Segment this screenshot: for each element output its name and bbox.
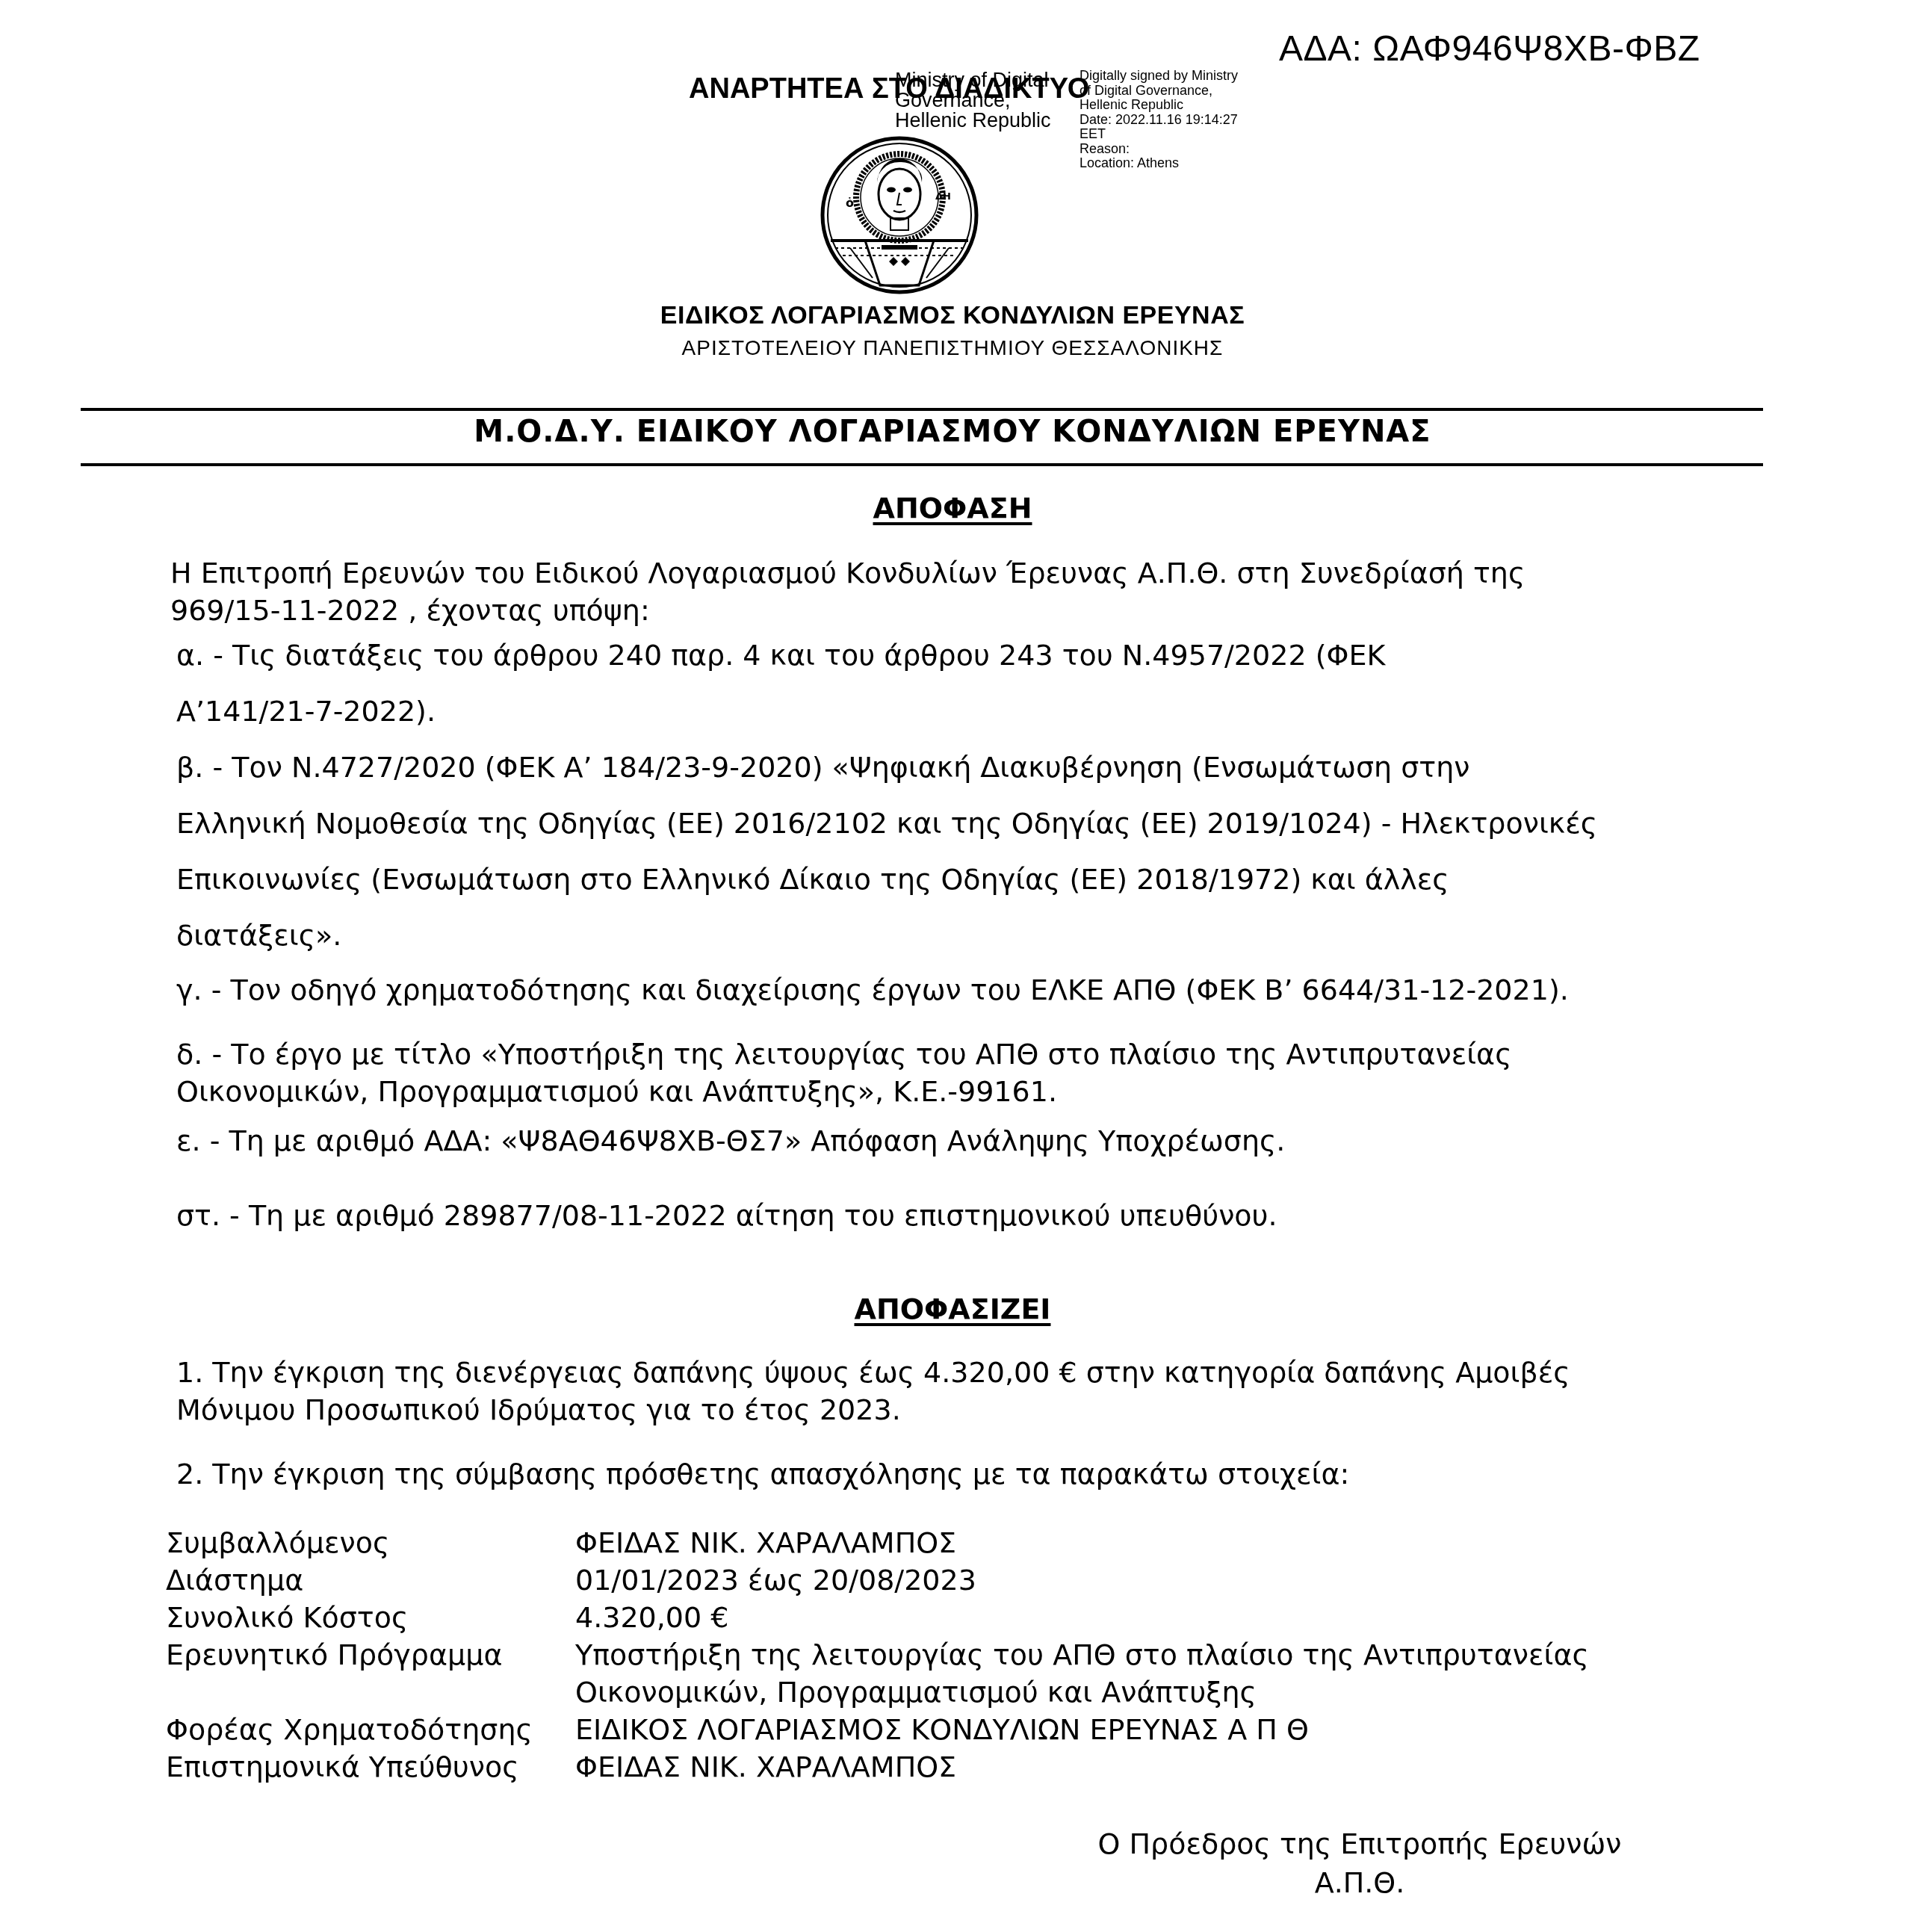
detail-row: Συνολικό Κόστος 4.320,00 € (166, 1599, 1845, 1636)
consideration-b: β. - Τον Ν.4727/2020 (ΦΕΚ Α’ 184/23-9-20… (176, 740, 1782, 964)
detail-value-line: Οικονομικών, Προγραμματισμού και Ανάπτυξ… (575, 1674, 1845, 1711)
divider-top (81, 408, 1763, 411)
detail-value: 4.320,00 € (575, 1599, 1845, 1636)
resolution-item-1: 1. Την έγκριση της διενέργειας δαπάνης ύ… (176, 1354, 1790, 1428)
divider-bottom (81, 463, 1763, 466)
detail-value: ΦΕΙΔΑΣ ΝΙΚ. ΧΑΡΑΛΑΜΠΟΣ (575, 1748, 1845, 1786)
consideration-e: ε. - Τη με αριθμό ΑΔΑ: «Ψ8ΑΘ46Ψ8ΧΒ-ΘΣ7» … (176, 1122, 1782, 1159)
consideration-line: Οικονομικών, Προγραμματισμού και Ανάπτυξ… (176, 1073, 1782, 1110)
detail-row: Επιστημονικά Υπεύθυνος ΦΕΙΔΑΣ ΝΙΚ. ΧΑΡΑΛ… (166, 1748, 1845, 1786)
consideration-line: στ. - Τη με αριθμό 289877/08-11-2022 αίτ… (176, 1197, 1782, 1234)
detail-row: Φορέας Χρηματοδότησης ΕΙΔΙΚΟΣ ΛΟΓΑΡΙΑΣΜΟ… (166, 1711, 1845, 1748)
svg-text:ΔΗ: ΔΗ (935, 191, 951, 202)
consideration-line: γ. - Τον οδηγό χρηματοδότησης και διαχεί… (176, 971, 1782, 1009)
detail-row: Ερευνητικό Πρόγραμμα Υποστήριξη της λειτ… (166, 1636, 1845, 1711)
detail-label: Συνολικό Κόστος (166, 1599, 575, 1636)
decision-intro: Η Επιτροπή Ερευνών του Ειδικού Λογαριασμ… (170, 554, 1784, 629)
digital-signature-signer: Ministry of Digital Governance, Hellenic… (895, 70, 1074, 131)
signature-block: Ο Πρόεδρος της Επιτροπής Ερευνών Α.Π.Θ. (1076, 1824, 1644, 1902)
consideration-f: στ. - Τη με αριθμό 289877/08-11-2022 αίτ… (176, 1197, 1782, 1234)
resolution-line: Μόνιμου Προσωπικού Ιδρύματος για το έτος… (176, 1391, 1790, 1428)
signature-detail-line: Digitally signed by Ministry (1079, 69, 1274, 84)
signature-detail-line: Reason: (1079, 142, 1274, 157)
signature-detail-line: EET (1079, 127, 1274, 142)
detail-row: Συμβαλλόμενος ΦΕΙΔΑΣ ΝΙΚ. ΧΑΡΑΛΑΜΠΟΣ (166, 1524, 1845, 1561)
signature-detail-line: of Digital Governance, (1079, 84, 1274, 99)
detail-value: ΦΕΙΔΑΣ ΝΙΚ. ΧΑΡΑΛΑΜΠΟΣ (575, 1524, 1845, 1561)
signature-detail-line: Location: Athens (1079, 156, 1274, 171)
consideration-line: ε. - Τη με αριθμό ΑΔΑ: «Ψ8ΑΘ46Ψ8ΧΒ-ΘΣ7» … (176, 1122, 1782, 1159)
svg-text:ὁ: ὁ (846, 196, 854, 210)
intro-line: Η Επιτροπή Ερευνών του Ειδικού Λογαριασμ… (170, 554, 1784, 592)
consideration-line: Επικοινωνίες (Ενσωμάτωση στο Ελληνικό Δί… (176, 852, 1782, 908)
consideration-line: Α’141/21-7-2022). (176, 684, 1782, 740)
consideration-d: δ. - Το έργο με τίτλο «Υποστήριξη της λε… (176, 1035, 1782, 1110)
consideration-a: α. - Τις διατάξεις του άρθρου 240 παρ. 4… (176, 628, 1782, 740)
detail-value: ΕΙΔΙΚΟΣ ΛΟΓΑΡΙΑΣΜΟΣ ΚΟΝΔΥΛΙΩΝ ΕΡΕΥΝΑΣ Α … (575, 1711, 1845, 1748)
detail-label: Ερευνητικό Πρόγραμμα (166, 1636, 575, 1711)
detail-value-line: Υποστήριξη της λειτουργίας του ΑΠΘ στο π… (575, 1636, 1845, 1674)
contract-details: Συμβαλλόμενος ΦΕΙΔΑΣ ΝΙΚ. ΧΑΡΑΛΑΜΠΟΣ Διά… (166, 1524, 1845, 1786)
signature-detail-line: Hellenic Republic (1079, 98, 1274, 113)
ada-number: ΑΔΑ: ΩΑΦ946Ψ8ΧΒ-ΦΒΖ (1279, 28, 1700, 69)
resolution-heading: ΑΠΟΦΑΣΙΖΕΙ (0, 1292, 1905, 1325)
signatory-title: Ο Πρόεδρος της Επιτροπής Ερευνών (1076, 1824, 1644, 1863)
consideration-line: Ελληνική Νομοθεσία της Οδηγίας (ΕΕ) 2016… (176, 796, 1782, 852)
detail-label: Διάστημα (166, 1561, 575, 1599)
consideration-c: γ. - Τον οδηγό χρηματοδότησης και διαχεί… (176, 971, 1782, 1009)
university-seal-icon: ὁ ΔΗ (820, 136, 979, 294)
consideration-line: δ. - Το έργο με τίτλο «Υποστήριξη της λε… (176, 1035, 1782, 1073)
signer-line: Ministry of Digital (895, 70, 1074, 90)
signer-line: Governance, (895, 90, 1074, 111)
digital-signature-details: Digitally signed by Ministry of Digital … (1079, 69, 1274, 171)
signature-detail-line: Date: 2022.11.16 19:14:27 (1079, 113, 1274, 128)
consideration-line: α. - Τις διατάξεις του άρθρου 240 παρ. 4… (176, 628, 1782, 684)
consideration-line: β. - Τον Ν.4727/2020 (ΦΕΚ Α’ 184/23-9-20… (176, 740, 1782, 796)
detail-value: 01/01/2023 έως 20/08/2023 (575, 1561, 1845, 1599)
consideration-line: διατάξεις». (176, 908, 1782, 964)
resolution-item-2: 2. Την έγκριση της σύμβασης πρόσθετης απ… (176, 1455, 1790, 1493)
intro-line: 969/15-11-2022 , έχοντας υπόψη: (170, 592, 1784, 629)
detail-label: Φορέας Χρηματοδότησης (166, 1711, 575, 1748)
signer-line: Hellenic Republic (895, 111, 1074, 131)
resolution-line: 1. Την έγκριση της διενέργειας δαπάνης ύ… (176, 1354, 1790, 1391)
org-subtitle: ΑΡΙΣΤΟΤΕΛΕΙΟΥ ΠΑΝΕΠΙΣΤΗΜΙΟΥ ΘΕΣΣΑΛΟΝΙΚΗΣ (0, 336, 1905, 360)
decision-heading: ΑΠΟΦΑΣΗ (0, 492, 1905, 524)
detail-label: Επιστημονικά Υπεύθυνος (166, 1748, 575, 1786)
resolution-line: 2. Την έγκριση της σύμβασης πρόσθετης απ… (176, 1455, 1790, 1493)
signatory-org: Α.Π.Θ. (1076, 1863, 1644, 1902)
detail-label: Συμβαλλόμενος (166, 1524, 575, 1561)
unit-title: Μ.Ο.Δ.Υ. ΕΙΔΙΚΟΥ ΛΟΓΑΡΙΑΣΜΟΥ ΚΟΝΔΥΛΙΩΝ Ε… (0, 415, 1905, 449)
detail-row: Διάστημα 01/01/2023 έως 20/08/2023 (166, 1561, 1845, 1599)
org-title: ΕΙΔΙΚΟΣ ΛΟΓΑΡΙΑΣΜΟΣ ΚΟΝΔΥΛΙΩΝ ΕΡΕΥΝΑΣ (0, 301, 1905, 330)
detail-value: Υποστήριξη της λειτουργίας του ΑΠΘ στο π… (575, 1636, 1845, 1711)
